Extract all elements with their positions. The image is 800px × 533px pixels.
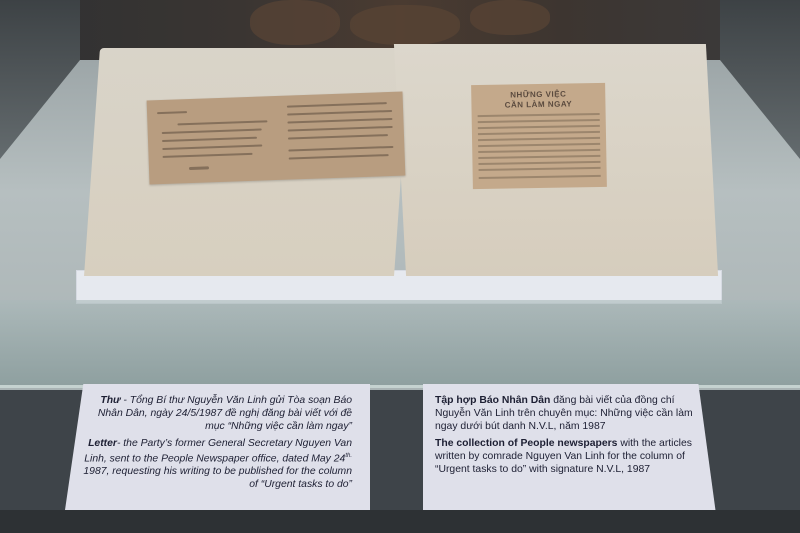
museum-display-photo: NHỮNG VIỆC CẦN LÀM NGAY Thư - Tổng Bí th… [0,0,800,533]
caption-english: The collection of People newspapers with… [435,437,704,476]
background-decoration [470,0,550,35]
caption-label-newspapers: Tập hợp Báo Nhân Dân đăng bài viết của đ… [423,384,716,514]
caption-vietnamese: Thư - Tổng Bí thư Nguyễn Văn Linh gửi Tò… [77,394,358,433]
caption-vietnamese: Tập hợp Báo Nhân Dân đăng bài viết của đ… [435,394,704,433]
case-front-ledge [0,510,800,533]
glass-front-panel [0,300,800,388]
background-decoration [250,0,340,45]
handwritten-letter-clipping [147,92,406,185]
background-decoration [350,5,460,45]
caption-english: Letter- the Party’s former General Secre… [77,437,358,491]
clipping-headline: CẦN LÀM NGAY [471,99,605,110]
newspaper-clipping: NHỮNG VIỆC CẦN LÀM NGAY [471,83,607,189]
caption-label-letter: Thư - Tổng Bí thư Nguyễn Văn Linh gửi Tò… [65,384,370,510]
